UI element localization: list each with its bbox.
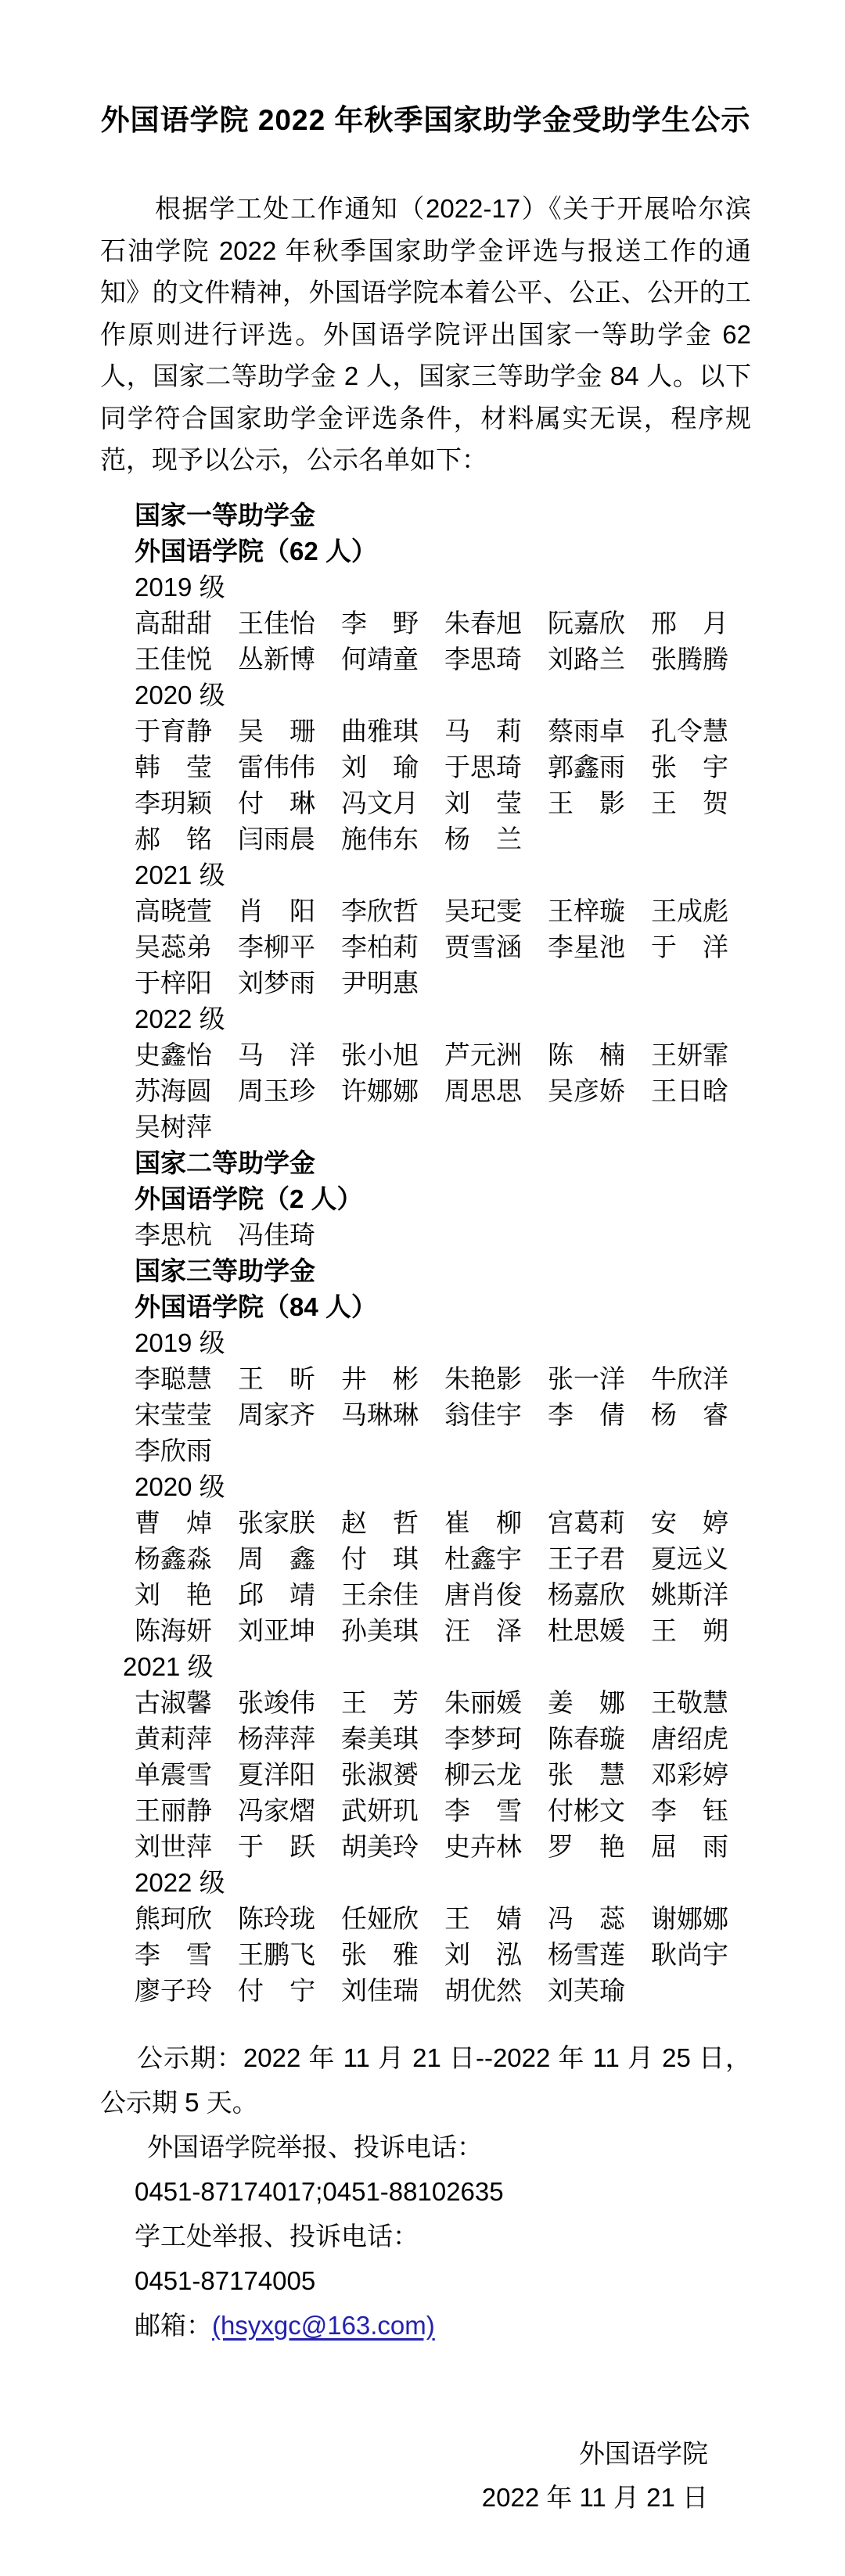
name-row: 曹 焯 张家朕 赵 哲 崔 柳 宫葛莉 安 婷: [100, 1505, 751, 1541]
name-row: 古淑馨 张竣伟 王 芳 朱丽媛 姜 娜 王敬慧: [100, 1685, 751, 1721]
contact-info: 外国语学院举报、投诉电话： 0451-87174017;0451-8810263…: [100, 2125, 751, 2348]
name-row: 史鑫怡 马 洋 张小旭 芦元洲 陈 楠 王妍霏: [100, 1037, 751, 1073]
notice-period: 公示期：2022 年 11 月 21 日--2022 年 11 月 25 日，公…: [100, 2035, 751, 2125]
name-row: 熊珂欣 陈玲珑 任娅欣 王 婧 冯 蕊 谢娜娜: [100, 1901, 751, 1937]
email-label: 邮箱：: [135, 2311, 212, 2340]
section-subheading-second-grant: 外国语学院（2 人）: [100, 1181, 751, 1217]
signature-block: 外国语学院 2022 年 11 月 21 日: [100, 2432, 751, 2520]
signature-college: 外国语学院: [100, 2432, 708, 2476]
grade-label: 2020 级: [100, 1469, 751, 1505]
name-row: 李欣雨: [100, 1433, 751, 1469]
signature-date: 2022 年 11 月 21 日: [100, 2476, 708, 2520]
email-link[interactable]: (hsyxgc@163.com): [212, 2311, 435, 2340]
name-row: 韩 莹 雷伟伟 刘 瑜 于思琦 郭鑫雨 张 宇: [100, 749, 751, 785]
name-row: 于育静 吴 珊 曲雅琪 马 莉 蔡雨卓 孔令慧: [100, 713, 751, 749]
page-title: 外国语学院 2022 年秋季国家助学金受助学生公示: [100, 102, 751, 139]
name-row: 高晓萱 肖 阳 李欣哲 吴玘雯 王梓璇 王成彪: [100, 893, 751, 929]
name-row: 廖子玲 付 宁 刘佳瑞 胡优然 刘芙瑜: [100, 1973, 751, 2009]
name-row: 宋莹莹 周家齐 马琳琳 翁佳宇 李 倩 杨 睿: [100, 1397, 751, 1433]
grant-lists: 国家一等助学金 外国语学院（62 人） 2019 级 高甜甜 王佳怡 李 野 朱…: [100, 498, 751, 2009]
name-row: 于梓阳 刘梦雨 尹明惠: [100, 965, 751, 1001]
name-row: 吴蕊弟 李柳平 李柏莉 贾雪涵 李星池 于 洋: [100, 929, 751, 965]
name-row: 郝 铭 闫雨晨 施伟东 杨 兰: [100, 821, 751, 857]
office-hotline-label: 学工处举报、投诉电话：: [100, 2214, 751, 2258]
name-row: 吴树萍: [100, 1109, 751, 1145]
section-heading-third-grant: 国家三等助学金: [100, 1253, 751, 1289]
section-heading-first-grant: 国家一等助学金: [100, 498, 751, 534]
name-row: 黄莉萍 杨萍萍 秦美琪 李梦珂 陈春璇 唐绍虎: [100, 1721, 751, 1757]
email-line: 邮箱：(hsyxgc@163.com): [100, 2303, 751, 2348]
name-row: 陈海妍 刘亚坤 孙美琪 汪 泽 杜思媛 王 朔: [100, 1613, 751, 1649]
grade-label: 2021 级: [100, 857, 751, 893]
grade-label: 2022 级: [100, 1865, 751, 1901]
name-row: 李玥颖 付 琳 冯文月 刘 莹 王 影 王 贺: [100, 785, 751, 821]
name-row: 高甜甜 王佳怡 李 野 朱春旭 阮嘉欣 邢 月: [100, 605, 751, 641]
name-row: 王丽静 冯家熠 武妍玑 李 雪 付彬文 李 钰: [100, 1793, 751, 1829]
name-row: 刘 艳 邱 靖 王余佳 唐肖俊 杨嘉欣 姚斯洋: [100, 1577, 751, 1613]
section-subheading-first-grant: 外国语学院（62 人）: [100, 534, 751, 569]
section-subheading-third-grant: 外国语学院（84 人）: [100, 1289, 751, 1325]
grade-label: 2019 级: [100, 569, 751, 605]
grade-label: 2020 级: [100, 677, 751, 713]
grade-label: 2021 级: [100, 1649, 751, 1685]
name-row: 王佳悦 丛新博 何靖童 李思琦 刘路兰 张腾腾: [100, 641, 751, 677]
name-row: 单震雪 夏洋阳 张淑赟 柳云龙 张 慧 邓彩婷: [100, 1757, 751, 1793]
name-row: 李思杭 冯佳琦: [100, 1217, 751, 1253]
college-hotline-numbers: 0451-87174017;0451-88102635: [100, 2169, 751, 2214]
college-hotline-label: 外国语学院举报、投诉电话：: [100, 2125, 751, 2169]
name-row: 杨鑫淼 周 鑫 付 琪 杜鑫宇 王子君 夏远义: [100, 1541, 751, 1577]
name-row: 刘世萍 于 跃 胡美玲 史卉林 罗 艳 屈 雨: [100, 1829, 751, 1865]
name-row: 李聪慧 王 昕 井 彬 朱艳影 张一洋 牛欣洋: [100, 1361, 751, 1397]
grade-label: 2019 级: [100, 1325, 751, 1361]
grade-label: 2022 级: [100, 1001, 751, 1037]
office-hotline-number: 0451-87174005: [100, 2258, 751, 2303]
announcement-document: 外国语学院 2022 年秋季国家助学金受助学生公示 根据学工处工作通知（2022…: [0, 0, 845, 2576]
name-row: 苏海圆 周玉珍 许娜娜 周思思 吴彦娇 王日晗: [100, 1073, 751, 1109]
name-row: 李 雪 王鹏飞 张 雅 刘 泓 杨雪莲 耿尚宇: [100, 1937, 751, 1973]
section-heading-second-grant: 国家二等助学金: [100, 1145, 751, 1181]
intro-paragraph: 根据学工处工作通知（2022-17）《关于开展哈尔滨石油学院 2022 年秋季国…: [100, 188, 751, 481]
